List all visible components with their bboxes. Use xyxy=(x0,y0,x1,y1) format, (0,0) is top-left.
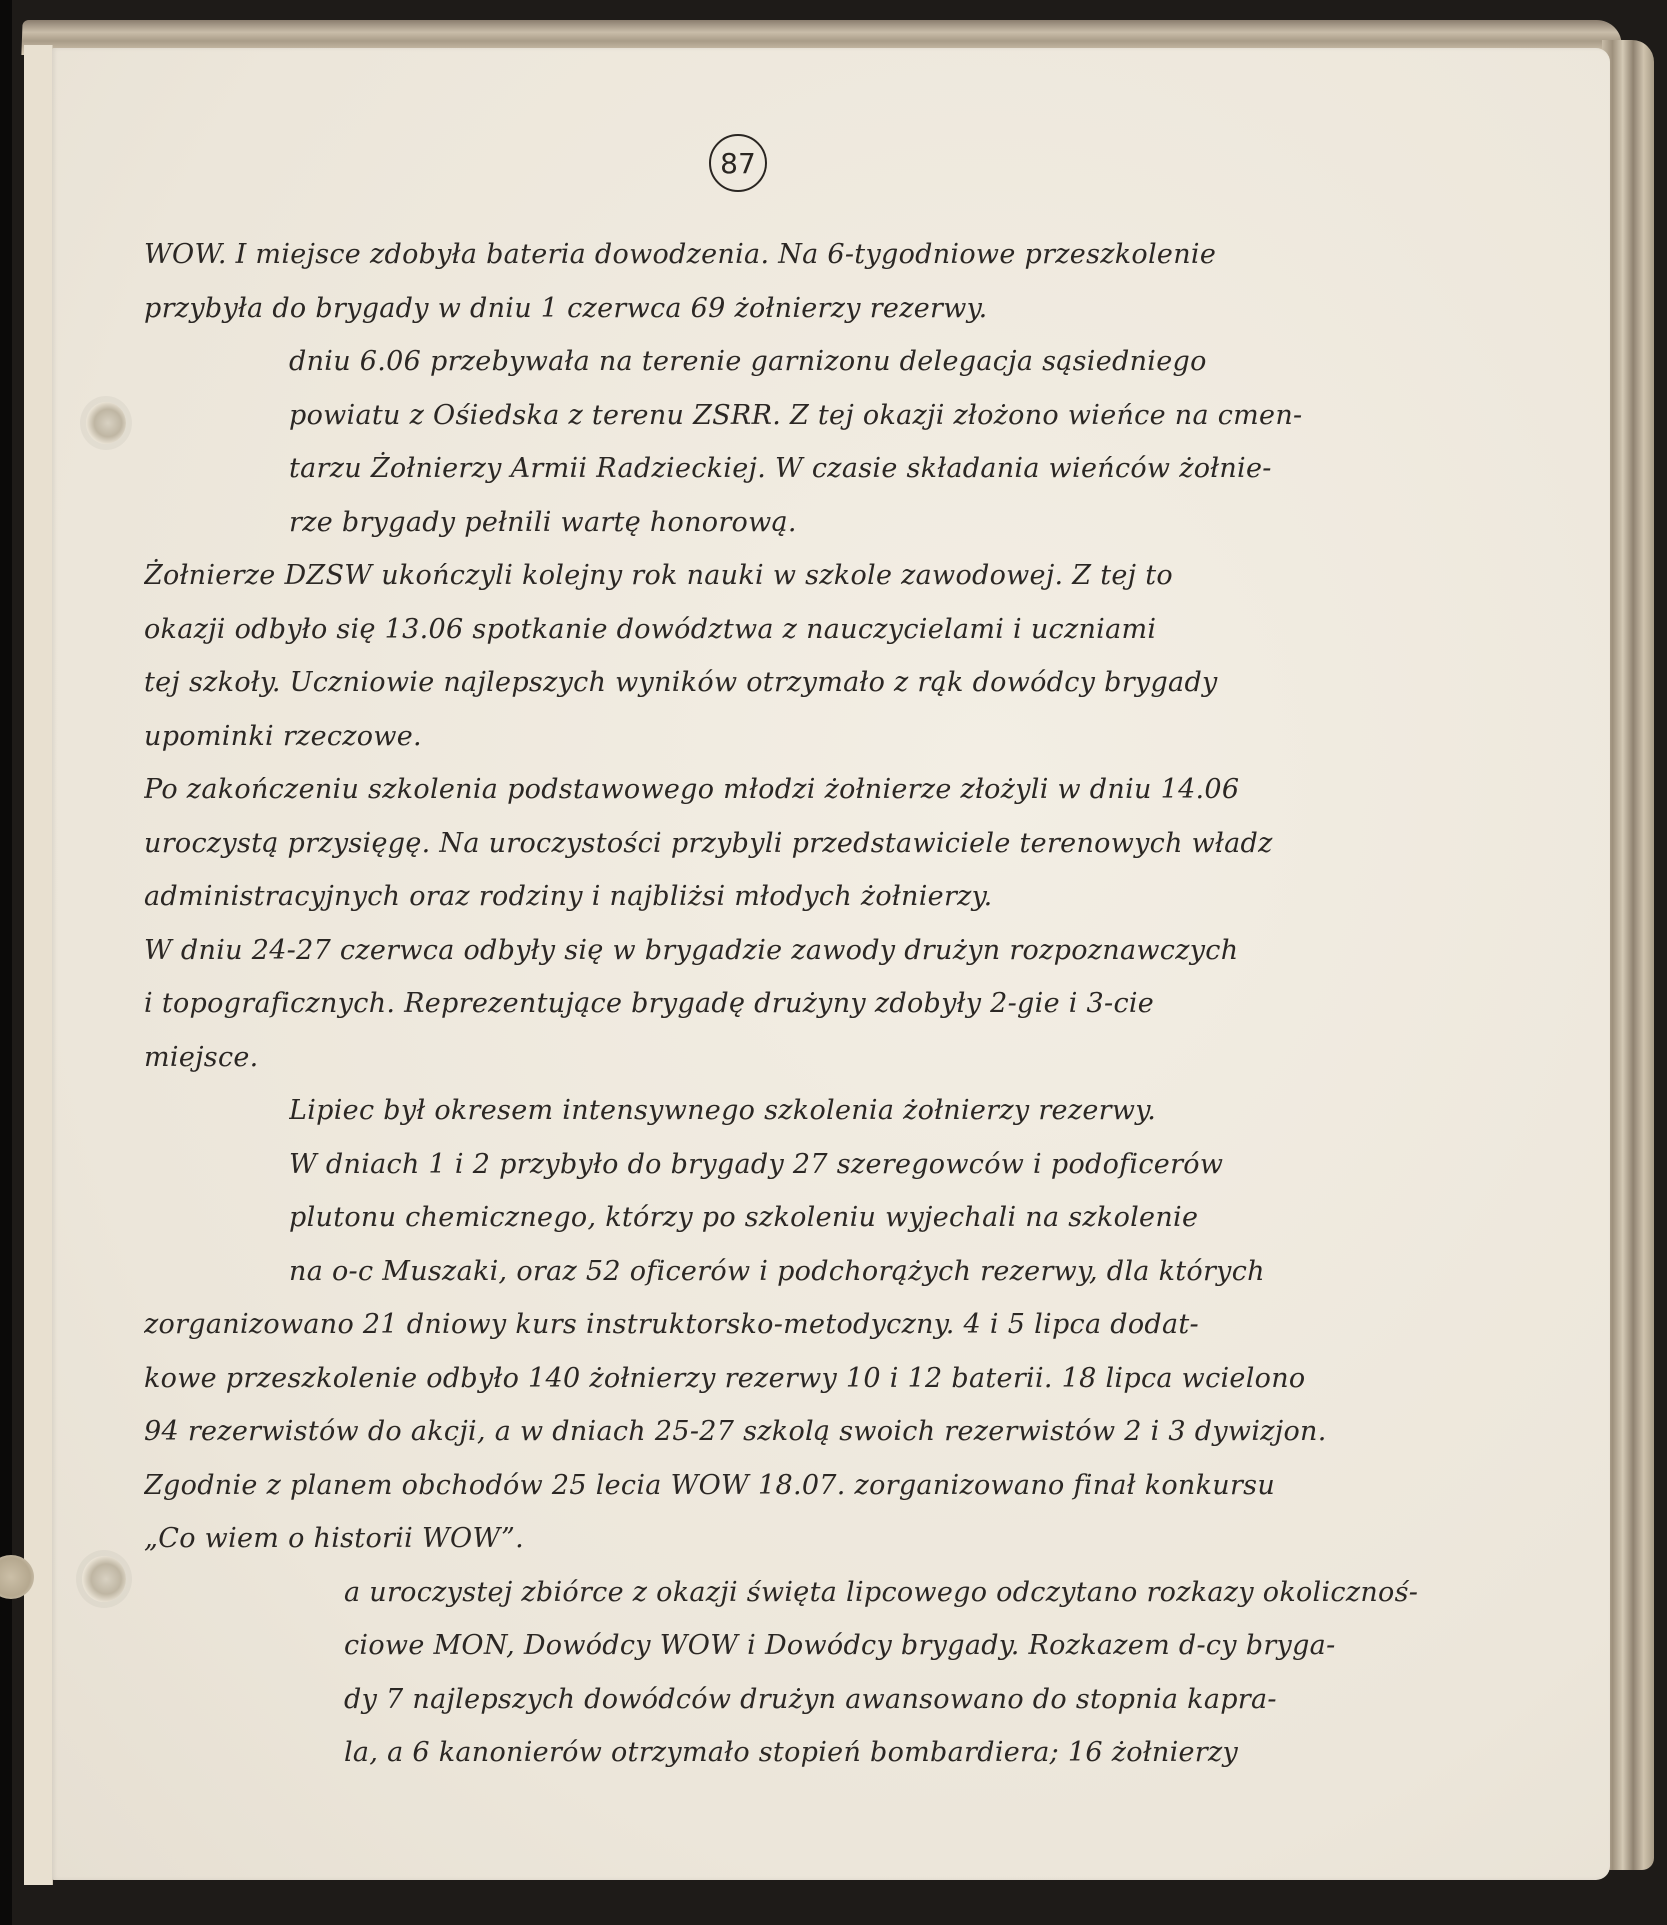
text-line: tarzu Żołnierzy Armii Radzieckiej. W cza… xyxy=(289,442,1484,496)
paragraph: dniu 6.06 przebywała na terenie garnizon… xyxy=(144,335,1484,549)
document-page: 87 WOW. I miejsce zdobyła bateria dowodz… xyxy=(52,48,1610,1880)
paragraph: zorganizowano 21 dniowy kurs instruktors… xyxy=(144,1298,1484,1566)
page-number-circle: 87 xyxy=(709,134,767,192)
text-line: przybyła do brygady w dniu 1 czerwca 69 … xyxy=(144,282,1484,336)
punch-hole-icon xyxy=(82,1556,126,1602)
text-line: powiatu z Ośiedska z terenu ZSRR. Z tej … xyxy=(289,389,1484,443)
paragraph: Żołnierze DZSW ukończyli kolejny rok nau… xyxy=(144,549,1484,763)
text-line: ciowe MON, Dowódcy WOW i Dowódcy brygady… xyxy=(344,1619,1484,1673)
text-line: W dniu 24-27 czerwca odbyły się w brygad… xyxy=(144,924,1484,978)
text-line: administracyjnych oraz rodziny i najbliż… xyxy=(144,870,1484,924)
text-line: Żołnierze DZSW ukończyli kolejny rok nau… xyxy=(144,549,1484,603)
text-line: Lipiec był okresem intensywnego szkoleni… xyxy=(289,1084,1484,1138)
text-line: dy 7 najlepszych dowódców drużyn awansow… xyxy=(344,1673,1484,1727)
binder-page-stack: 87 WOW. I miejsce zdobyła bateria dowodz… xyxy=(12,0,1662,1900)
text-line: rze brygady pełnili wartę honorową. xyxy=(289,496,1484,550)
handwritten-body: WOW. I miejsce zdobyła bateria dowodzeni… xyxy=(144,228,1484,1780)
text-line: Po zakończeniu szkolenia podstawowego mł… xyxy=(144,763,1484,817)
text-line: a uroczystej zbiórce z okazji święta lip… xyxy=(344,1566,1484,1620)
text-line: plutonu chemicznego, którzy po szkoleniu… xyxy=(289,1191,1484,1245)
torn-punch-hole-icon xyxy=(0,1555,34,1599)
scan-left-border xyxy=(0,0,12,1925)
punch-hole-icon xyxy=(86,402,126,444)
text-line: uroczystą przysięgę. Na uroczystości prz… xyxy=(144,817,1484,871)
text-line: „Co wiem o historii WOW”. xyxy=(144,1512,1484,1566)
paragraph: Po zakończeniu szkolenia podstawowego mł… xyxy=(144,763,1484,924)
text-line: la, a 6 kanonierów otrzymało stopień bom… xyxy=(344,1726,1484,1780)
text-line: na o-c Muszaki, oraz 52 oficerów i podch… xyxy=(289,1245,1484,1299)
page-number: 87 xyxy=(720,147,756,180)
paragraph: WOW. I miejsce zdobyła bateria dowodzeni… xyxy=(144,228,1484,335)
text-line: upominki rzeczowe. xyxy=(144,710,1484,764)
text-line: zorganizowano 21 dniowy kurs instruktors… xyxy=(144,1298,1484,1352)
text-line: miejsce. xyxy=(144,1031,1484,1085)
text-line: okazji odbyło się 13.06 spotkanie dowódz… xyxy=(144,603,1484,657)
text-line: WOW. I miejsce zdobyła bateria dowodzeni… xyxy=(144,228,1484,282)
paragraph: a uroczystej zbiórce z okazji święta lip… xyxy=(144,1566,1484,1780)
text-line: W dniach 1 i 2 przybyło do brygady 27 sz… xyxy=(289,1138,1484,1192)
text-line: i topograficznych. Reprezentujące brygad… xyxy=(144,977,1484,1031)
text-line: 94 rezerwistów do akcji, a w dniach 25-2… xyxy=(144,1405,1484,1459)
paragraph: Lipiec był okresem intensywnego szkoleni… xyxy=(144,1084,1484,1298)
text-line: Zgodnie z planem obchodów 25 lecia WOW 1… xyxy=(144,1459,1484,1513)
text-line: tej szkoły. Uczniowie najlepszych wynikó… xyxy=(144,656,1484,710)
previous-page-edge xyxy=(24,45,53,1885)
text-line: kowe przeszkolenie odbyło 140 żołnierzy … xyxy=(144,1352,1484,1406)
paragraph: W dniu 24-27 czerwca odbyły się w brygad… xyxy=(144,924,1484,1085)
text-line: dniu 6.06 przebywała na terenie garnizon… xyxy=(289,335,1484,389)
